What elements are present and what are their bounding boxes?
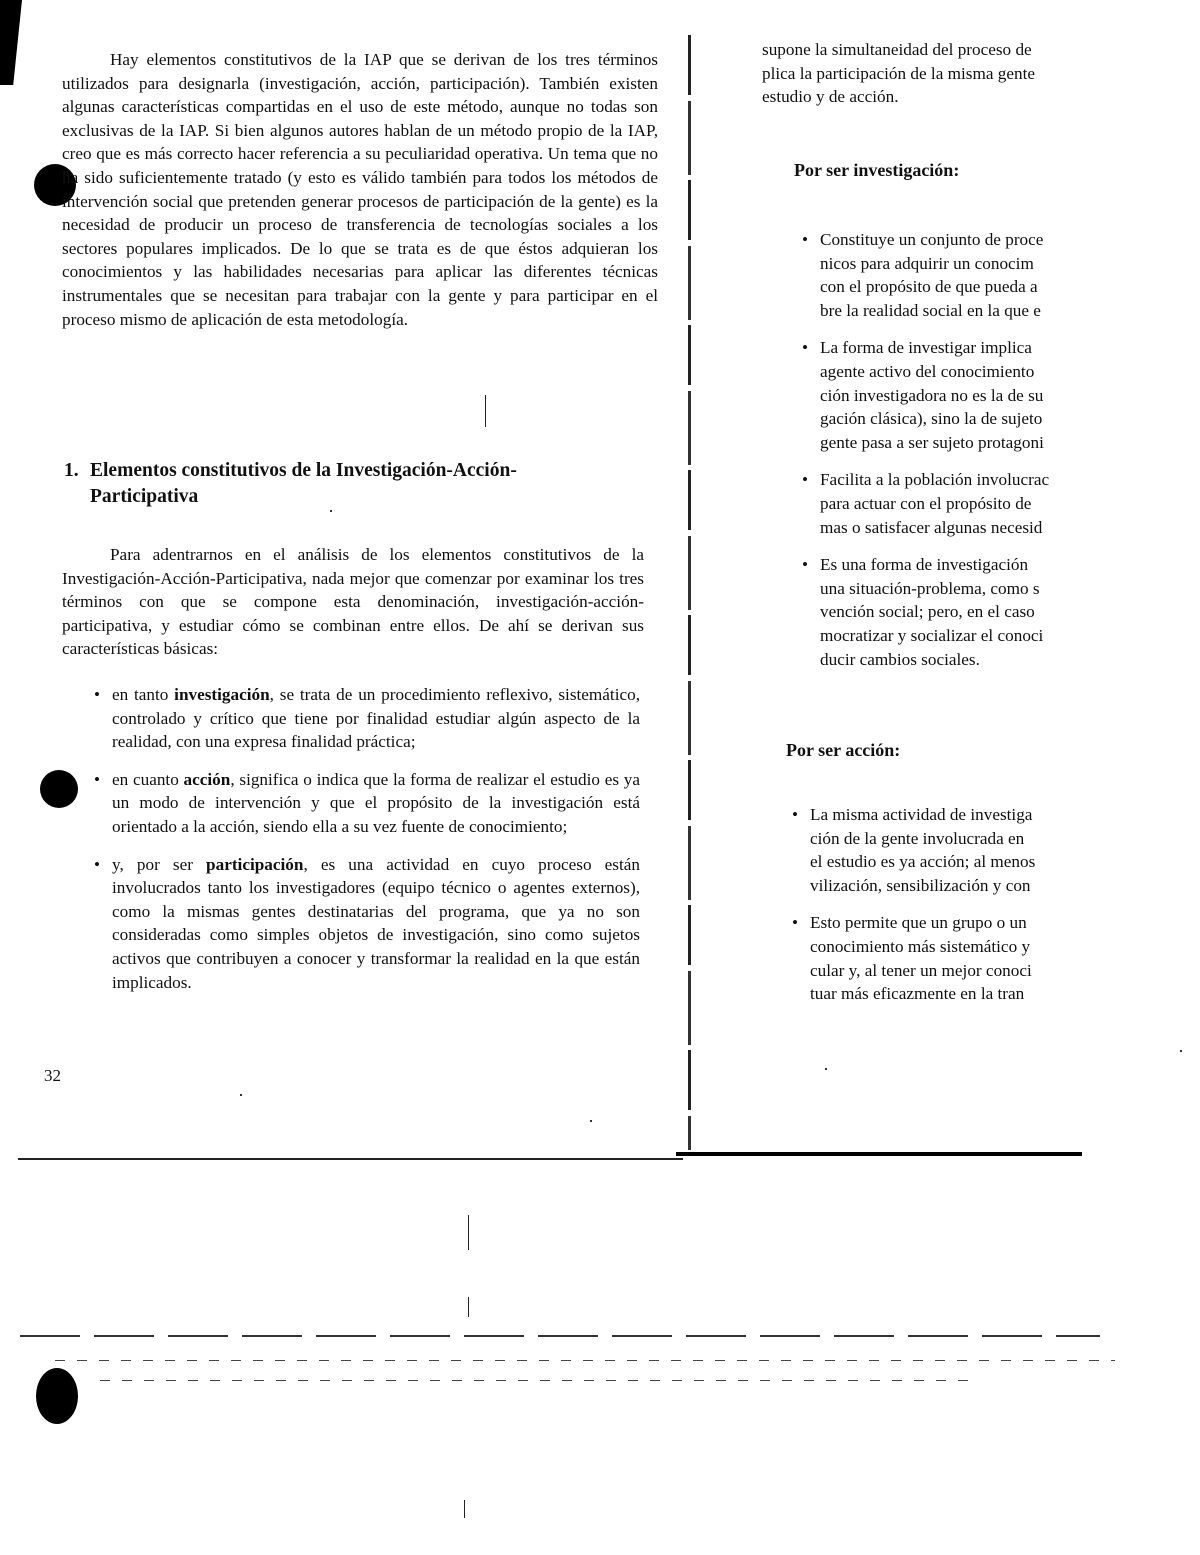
section-paragraph: Para adentrarnos en el análisis de los e…: [62, 543, 644, 661]
scan-mark: [468, 1215, 469, 1250]
term-participacion: participación: [206, 855, 303, 874]
section-number: 1.: [64, 458, 90, 484]
right-page: supone la simultaneidad del proceso de p…: [692, 0, 1200, 1165]
list-item-accion: • en cuanto acción, significa o indica q…: [94, 768, 640, 839]
list-item-participacion: • y, por ser participación, es una activ…: [94, 853, 640, 995]
list-item: • Es una forma de investigación una situ…: [802, 553, 1112, 671]
intro-paragraph: Hay elementos constitutivos de la IAP qu…: [62, 48, 658, 331]
punch-hole-mark: [36, 1368, 78, 1424]
accion-list: • La misma actividad de investiga ción d…: [792, 803, 1102, 1020]
scan-mark: [464, 1500, 465, 1518]
bullet-icon: •: [94, 683, 100, 707]
list-item: • Esto permite que un grupo o un conocim…: [792, 911, 1102, 1005]
bullet-icon: •: [802, 336, 808, 360]
bullet-icon: •: [94, 853, 100, 877]
bullet-icon: •: [802, 553, 808, 577]
subheading-por-ser-accion: Por ser acción:: [786, 740, 900, 761]
list-item: • Constituye un conjunto de proce nicos …: [802, 228, 1112, 322]
characteristics-list: • en tanto investigación, se trata de un…: [94, 683, 640, 1008]
list-item: • Facilita a la población involucrac par…: [802, 468, 1112, 539]
investigacion-list: • Constituye un conjunto de proce nicos …: [802, 228, 1112, 685]
section-title-line1: Elementos constitutivos de la Investigac…: [90, 460, 517, 481]
bullet-icon: •: [792, 911, 798, 935]
bleed-through-line: [20, 1335, 1100, 1337]
bullet-icon: •: [792, 803, 798, 827]
left-page: Hay elementos constitutivos de la IAP qu…: [0, 0, 690, 1165]
bleed-through-line: [55, 1360, 1115, 1361]
term-investigacion: investigación: [174, 685, 270, 704]
bleed-through-line: [100, 1380, 980, 1381]
section-title-line2: Participativa: [64, 484, 664, 510]
list-item: • La forma de investigar implica agente …: [802, 336, 1112, 454]
list-item: • La misma actividad de investiga ción d…: [792, 803, 1102, 897]
subheading-por-ser-investigacion: Por ser investigación:: [794, 160, 959, 181]
bullet-icon: •: [94, 768, 100, 792]
bullet-icon: •: [802, 228, 808, 252]
scan-mark: [468, 1297, 469, 1317]
bullet-icon: •: [802, 468, 808, 492]
section-heading: 1.Elementos constitutivos de la Investig…: [64, 458, 664, 510]
term-accion: acción: [184, 770, 231, 789]
page-number: 32: [44, 1066, 61, 1086]
continued-text: supone la simultaneidad del proceso de p…: [762, 38, 1200, 109]
list-item-investigacion: • en tanto investigación, se trata de un…: [94, 683, 640, 754]
